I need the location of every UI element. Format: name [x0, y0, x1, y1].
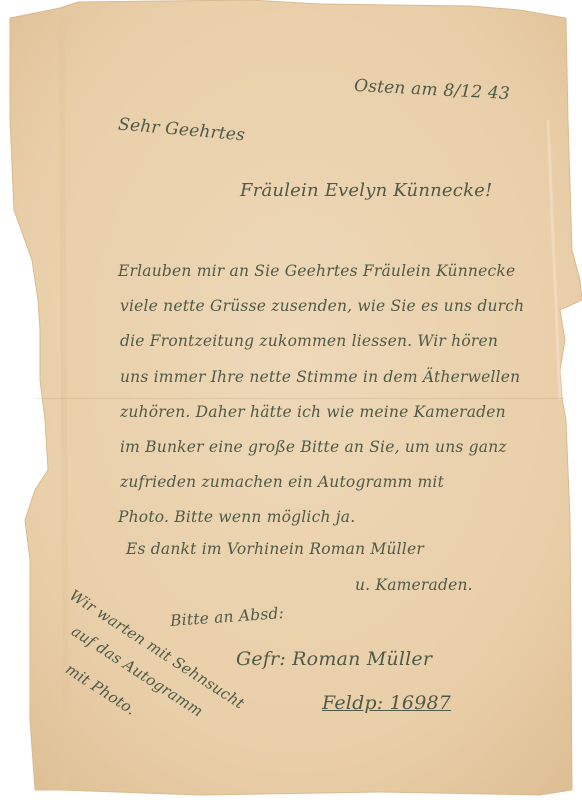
- letter-addressee: Fräulein Evelyn Künnecke!: [240, 180, 492, 201]
- body-line: im Bunker eine große Bitte an Sie, um un…: [120, 438, 507, 456]
- fold-crease: [35, 398, 565, 399]
- body-line: Photo. Bitte wenn möglich ja.: [118, 508, 355, 526]
- body-line: viele nette Grüsse zusenden, wie Sie es …: [120, 297, 524, 315]
- closing-line: Es dankt im Vorhinein Roman Müller: [126, 540, 424, 558]
- body-line: zuhören. Daher hätte ich wie meine Kamer…: [120, 403, 506, 421]
- closing-line: u. Kameraden.: [355, 576, 473, 594]
- body-line: zufrieden zumachen ein Autogramm mit: [120, 473, 444, 491]
- body-line: Erlauben mir an Sie Geehrtes Fräulein Kü…: [118, 262, 515, 280]
- field-post-number: Feldp: 16987: [322, 692, 451, 714]
- sender-name: Gefr: Roman Müller: [236, 648, 432, 670]
- body-line: die Frontzeitung zukommen liessen. Wir h…: [120, 332, 498, 350]
- body-line: uns immer Ihre nette Stimme in dem Äther…: [120, 368, 520, 386]
